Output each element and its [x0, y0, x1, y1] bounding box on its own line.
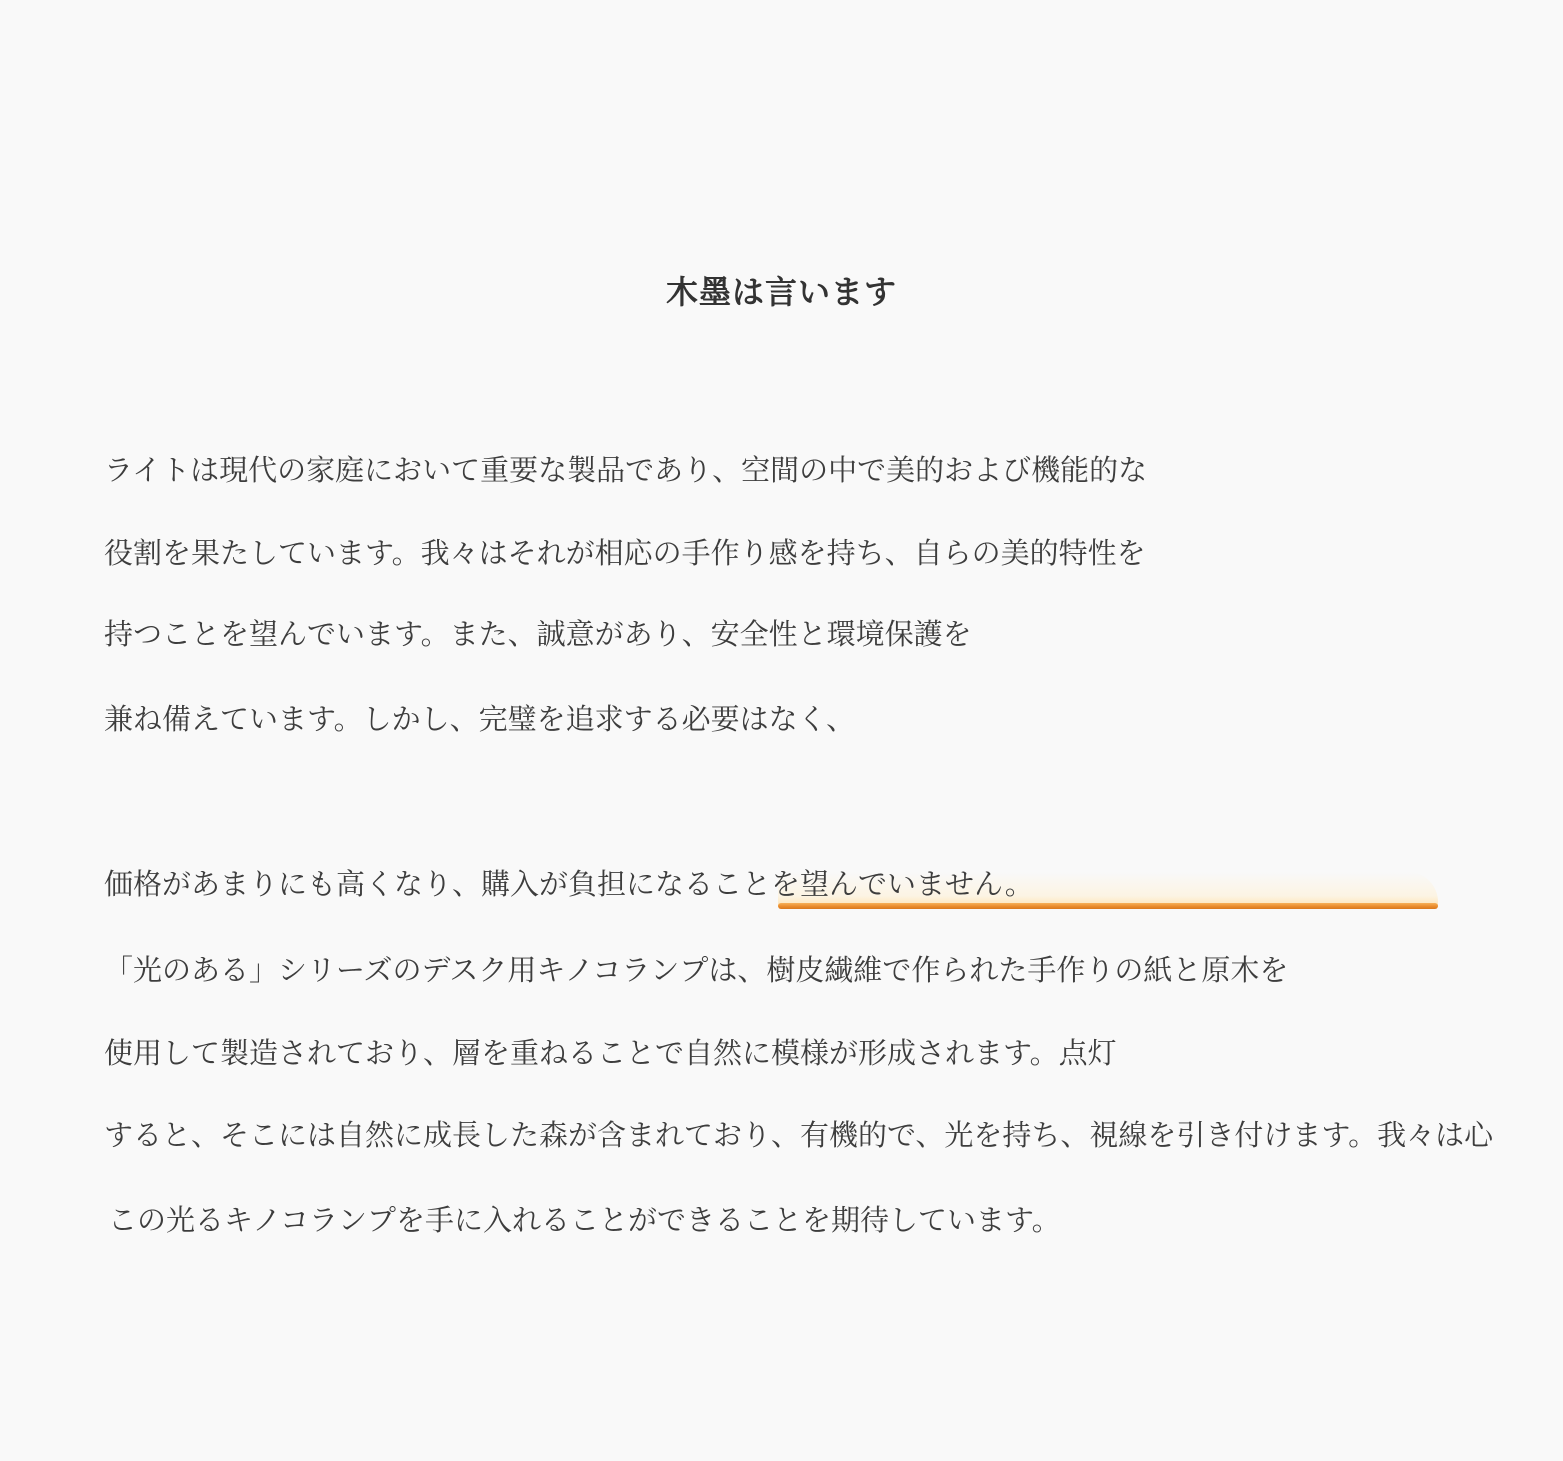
paragraph-1-line-3: 持つことを望んでいます。また、誠意があり、安全性と環境保護を	[104, 614, 972, 654]
paragraph-2-line-4: すると、そこには自然に成長した森が含まれており、有機的で、光を持ち、視線を引き付…	[104, 1115, 1493, 1155]
paragraph-2-line-3: 使用して製造されており、層を重ねることで自然に模様が形成されます。点灯	[104, 1033, 1117, 1073]
paragraph-1-line-2: 役割を果たしています。我々はそれが相応の手作り感を持ち、自らの美的特性を	[104, 533, 1146, 573]
paragraph-2-line-2: 「光のある」シリーズのデスク用キノコランプは、樹皮繊維で作られた手作りの紙と原木…	[104, 950, 1288, 990]
document-title: 木墨は言います	[0, 270, 1563, 314]
paragraph-2-line-5: この光るキノコランプを手に入れることができることを期待しています。	[108, 1200, 1061, 1240]
paragraph-1-line-1: ライトは現代の家庭において重要な製品であり、空間の中で美的および機能的な	[104, 450, 1147, 490]
paragraph-1-line-4: 兼ね備えています。しかし、完璧を追求する必要はなく、	[104, 699, 855, 739]
paragraph-2-line-1: 価格があまりにも高くなり、購入が負担になることを望んでいません。	[104, 864, 1034, 904]
